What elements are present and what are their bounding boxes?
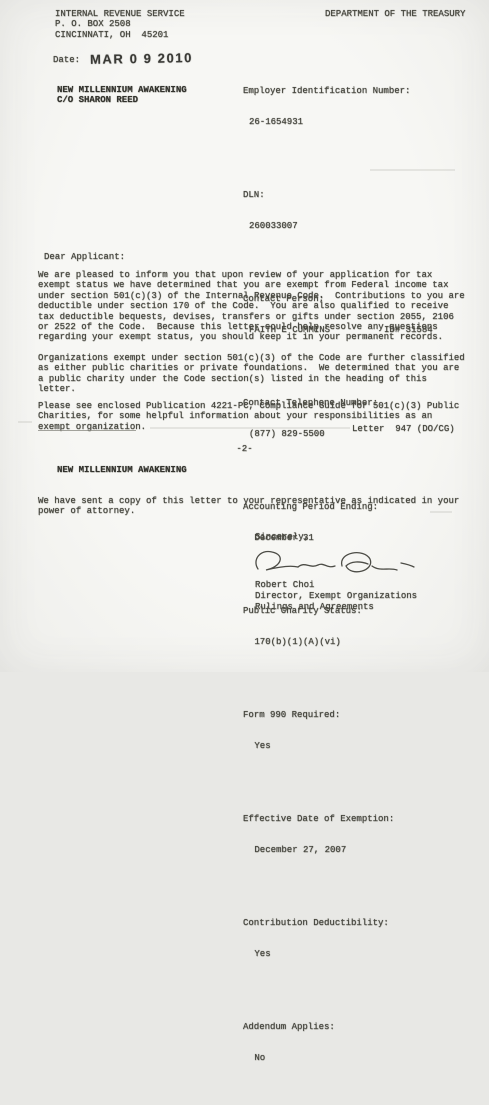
signer-division: Rulings and Agreements xyxy=(255,602,374,612)
signer-name: Robert Choi xyxy=(255,580,314,590)
date-label: Date: xyxy=(53,55,80,65)
info-label: Employer Identification Number: xyxy=(243,86,433,96)
signer-title: Director, Exempt Organizations xyxy=(255,591,417,601)
scan-smudge xyxy=(430,511,452,513)
body-paragraph-2: Organizations exempt under section 501(c… xyxy=(38,353,465,395)
info-value: 170(b)(1)(A)(vi) xyxy=(243,637,433,647)
info-value: 26-1654931 xyxy=(243,117,433,127)
scan-smudge xyxy=(370,169,455,171)
valediction: Sincerely, xyxy=(255,532,309,542)
closing-paragraph: We have sent a copy of this letter to yo… xyxy=(38,496,459,517)
scanned-letter-page: INTERNAL REVENUE SERVICE P. O. BOX 2508 … xyxy=(0,0,489,672)
info-label: DLN: xyxy=(243,190,433,200)
body-paragraph-1: We are pleased to inform you that upon r… xyxy=(38,270,465,343)
page-number: -2- xyxy=(0,444,489,454)
addressee-block: NEW MILLENNIUM AWAKENING C/O SHARON REED xyxy=(57,85,187,106)
underline-artifact xyxy=(38,430,136,431)
department-header: DEPARTMENT OF THE TREASURY xyxy=(325,9,465,19)
info-value: 260033007 xyxy=(243,221,433,231)
org-name-heading: NEW MILLENNIUM AWAKENING xyxy=(57,465,187,475)
salutation: Dear Applicant: xyxy=(44,252,125,262)
signature-scribble xyxy=(248,543,423,585)
letter-reference: Letter 947 (DO/CG) xyxy=(352,424,455,434)
scan-smudge xyxy=(150,427,350,429)
info-row-dln: DLN: 260033007 xyxy=(243,169,433,252)
scan-smudge xyxy=(18,421,32,423)
date-stamp: MAR 0 9 2010 xyxy=(90,50,193,67)
info-row-ein: Employer Identification Number: 26-16549… xyxy=(243,65,433,148)
sender-address-block: INTERNAL REVENUE SERVICE P. O. BOX 2508 … xyxy=(55,9,185,40)
